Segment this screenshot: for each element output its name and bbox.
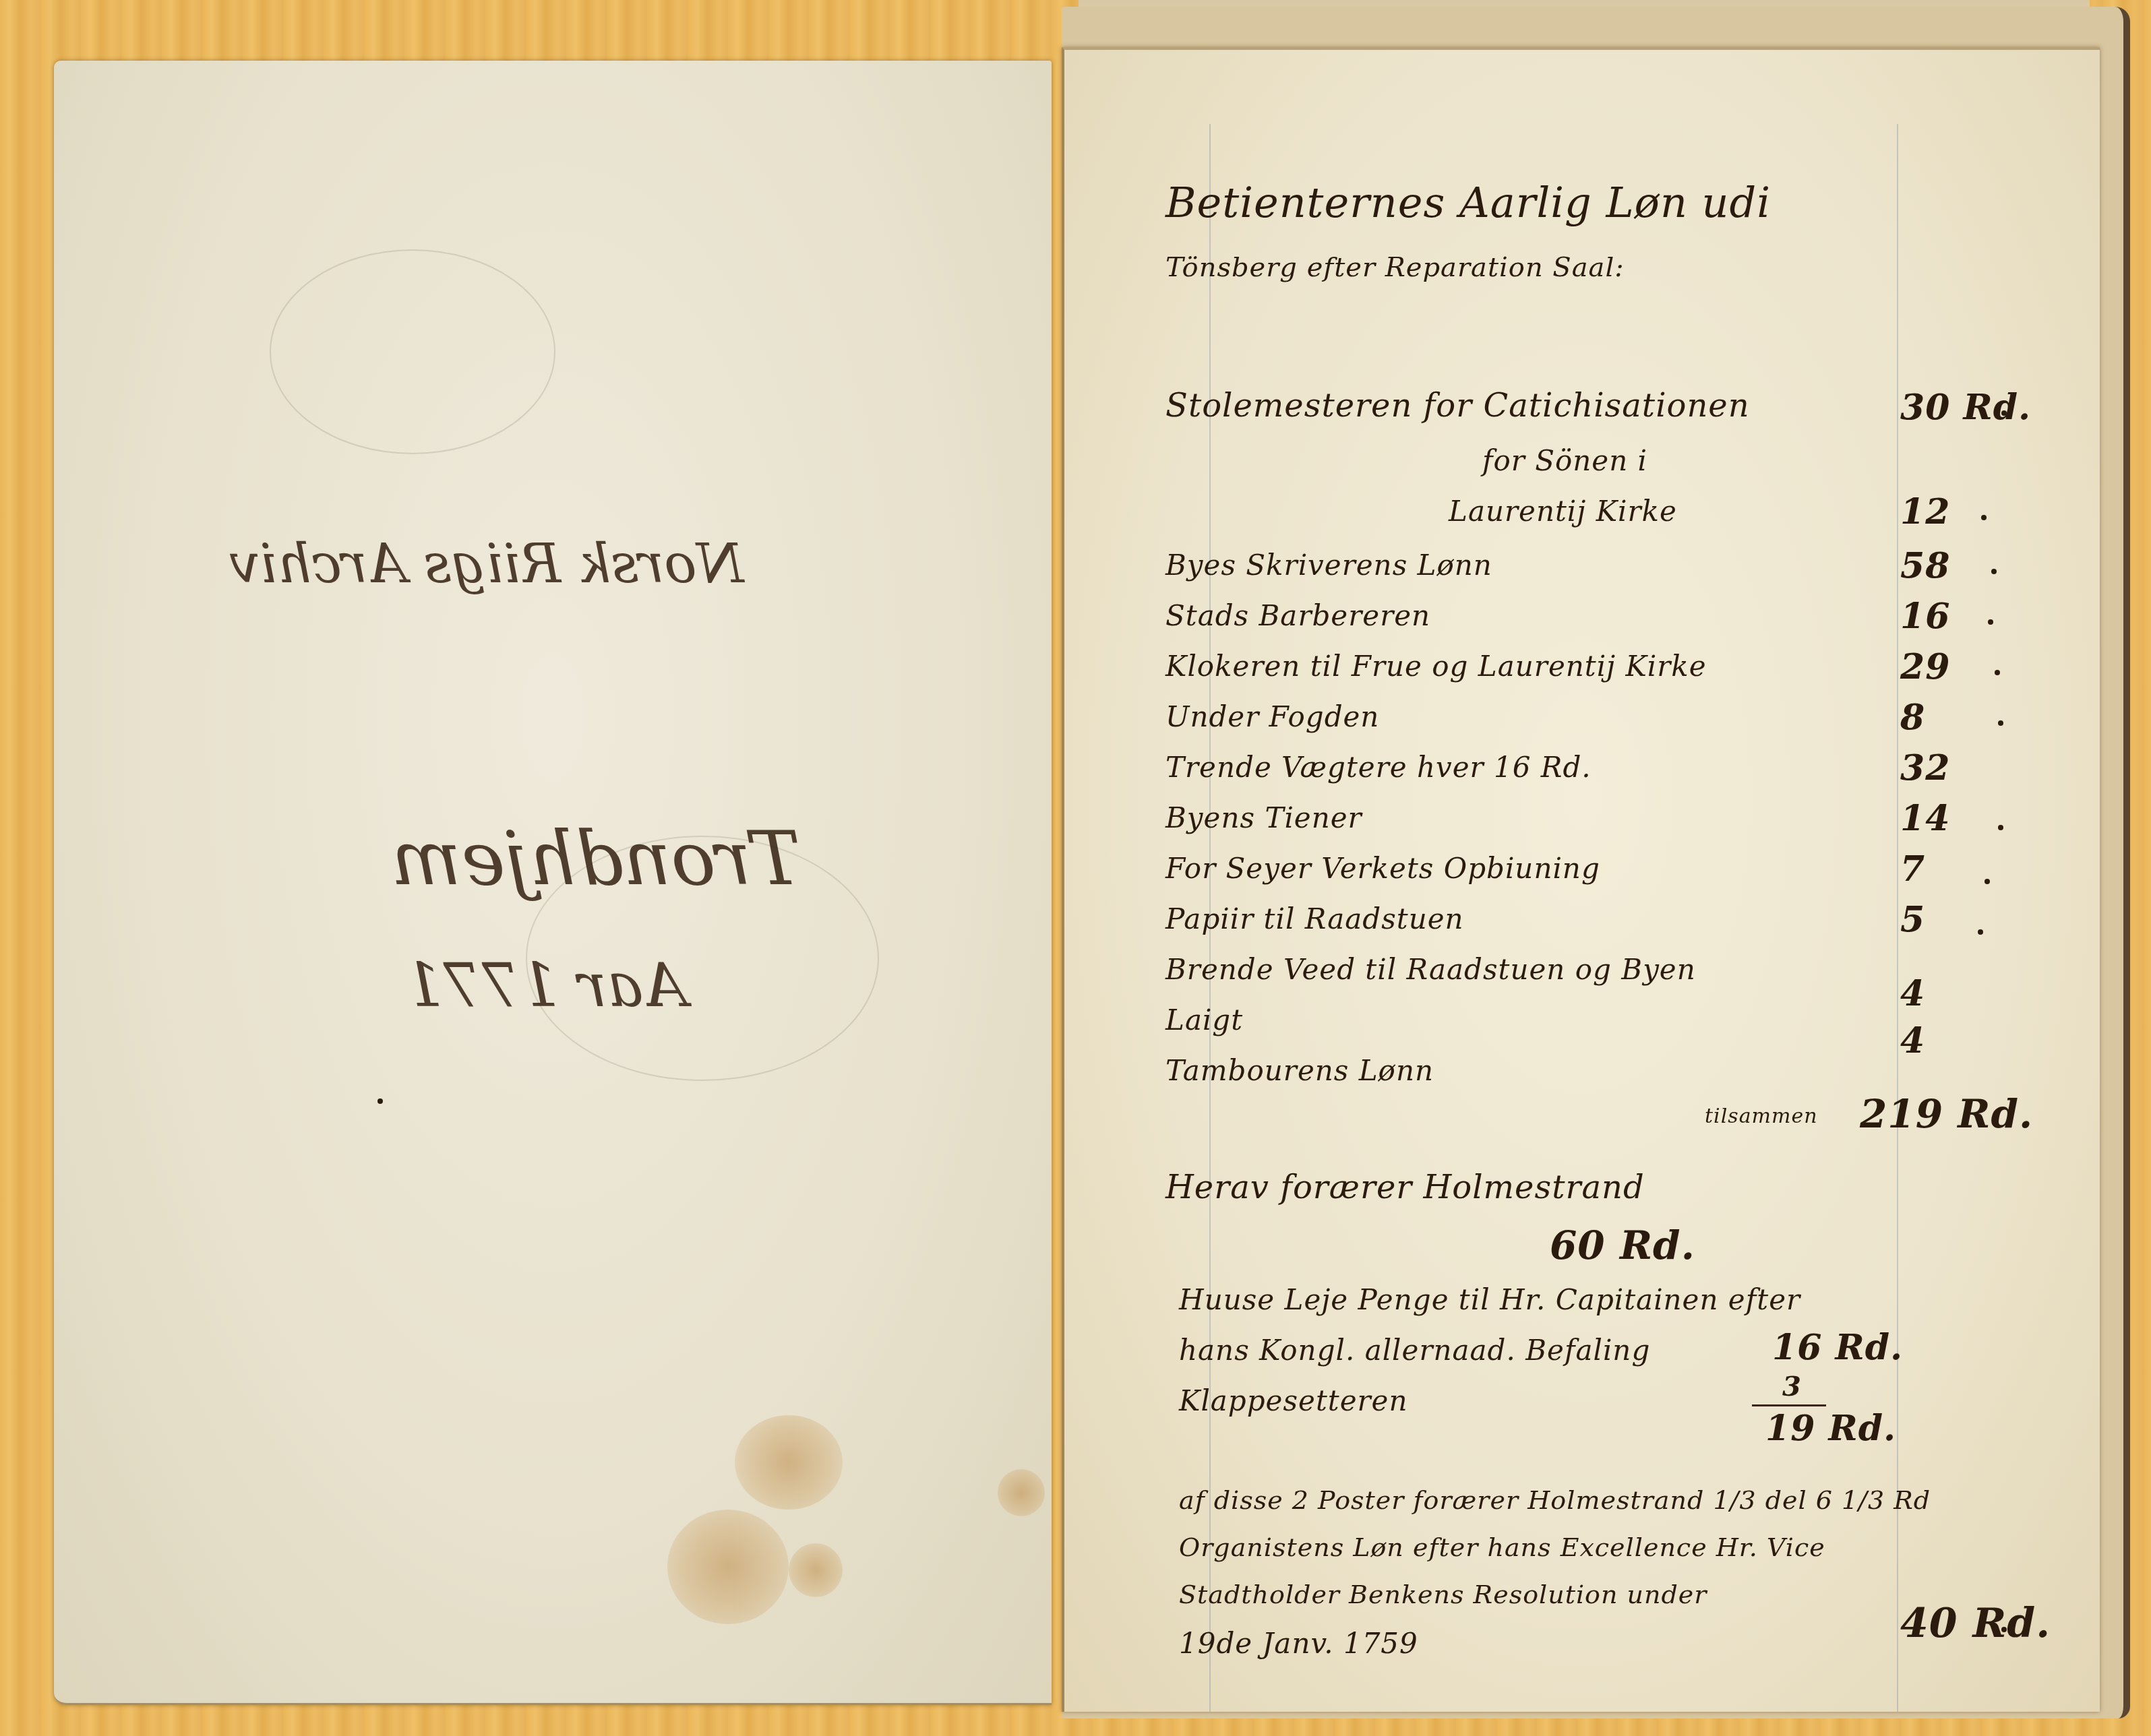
section2-amount: 60 Rd. [1550,1222,1695,1268]
entry-label: For Seyer Verkets Opbiuning [1165,852,1600,885]
water-stain [735,1415,843,1510]
right-page: Betienternes Aarlig Løn udi Tönsberg eft… [1062,47,2100,1712]
entry-label: Byens Tiener [1165,801,1362,834]
section2-item: Klappesetteren [1179,1384,1407,1417]
section2-subtotal: 19 Rd. [1765,1408,1896,1449]
margin-dot [1995,670,2000,675]
margin-dot [1991,569,1997,574]
entry-label: Klokeren til Frue og Laurentij Kirke [1165,650,1707,683]
entry-amount: 5 [1900,899,1925,940]
margin-dot [1998,720,2003,726]
water-stain [667,1510,789,1624]
section3-line: af disse 2 Poster forærer Holmestrand 1/… [1179,1485,1931,1515]
mirrored-text-line1: Norsk Riigs Archiv [229,532,744,595]
entry-amount: 16 [1900,596,1950,637]
entry-amount: 29 [1900,646,1950,687]
section3-line: Organistens Løn efter hans Excellence Hr… [1179,1532,1825,1562]
margin-rule-right [1897,124,1898,1712]
section3-line: 19de Janv. 1759 [1179,1627,1418,1660]
subtotal-rule [1752,1404,1826,1406]
entry-label: Stads Barbereren [1165,599,1430,632]
entry-amount: 7 [1900,848,1925,890]
entry-label: Laurentij Kirke [1449,495,1677,528]
entry-amount: 14 [1900,798,1950,839]
total-label: tilsammen [1705,1105,1818,1128]
margin-dot [1988,619,1993,625]
ink-spot [377,1098,383,1104]
entry-amount: 8 [1900,697,1925,738]
mirrored-text-line2: Trondhjem [391,815,801,902]
entry-amount: 4 [1900,1020,1925,1061]
entry-amount: 4 [1900,973,1925,1014]
entry-amount: 12 [1900,491,1950,532]
section2-item-amount: 3 [1782,1371,1802,1402]
entry-amount: 32 [1900,747,1950,788]
entry-label: Trende Vægtere hver 16 Rd. [1165,751,1592,784]
margin-dot [2001,410,2007,416]
total-amount: 219 Rd. [1860,1091,2033,1137]
margin-dot [1998,825,2003,830]
pencil-flourish [270,249,555,454]
section2-item: Huuse Leje Penge til Hr. Capitainen efte… [1179,1283,1800,1316]
entry-amount: 58 [1900,545,1950,586]
margin-dot [1985,879,1990,884]
margin-dot [1978,929,1983,935]
entry-label: Tambourens Lønn [1165,1054,1434,1087]
margin-dot [1981,515,1987,520]
section3-amount: 40 Rd. [1900,1600,2051,1647]
entry-label: Brende Veed til Raadstuen og Byen [1165,953,1696,986]
water-stain [998,1469,1045,1516]
entry-label: for Sönen i [1482,444,1647,477]
entry-label: Papiir til Raadstuen [1165,902,1464,935]
water-stain [789,1543,843,1597]
section2-item: hans Kongl. allernaad. Befaling [1179,1334,1650,1367]
margin-dot [2001,1627,2007,1632]
section3-line: Stadtholder Benkens Resolution under [1179,1580,1707,1609]
ledger-title: Betienternes Aarlig Løn udi [1165,178,1771,227]
ledger-subtitle: Tönsberg efter Reparation Saal: [1165,252,1625,283]
entry-label: Stolemesteren for Catichisationen [1165,387,1750,425]
entry-label: Byes Skriverens Lønn [1165,549,1492,582]
left-page: Norsk Riigs Archiv Trondhjem Aar 1771 [54,61,1052,1705]
entry-label: Laigt [1165,1003,1243,1036]
entry-amount: 30 Rd. [1900,387,2031,428]
section2-item-amount: 16 Rd. [1772,1327,1903,1368]
mirrored-text-line3: Aar 1771 [404,950,687,1021]
section2-heading: Herav forærer Holmestrand [1165,1169,1645,1206]
entry-label: Under Fogden [1165,700,1379,733]
